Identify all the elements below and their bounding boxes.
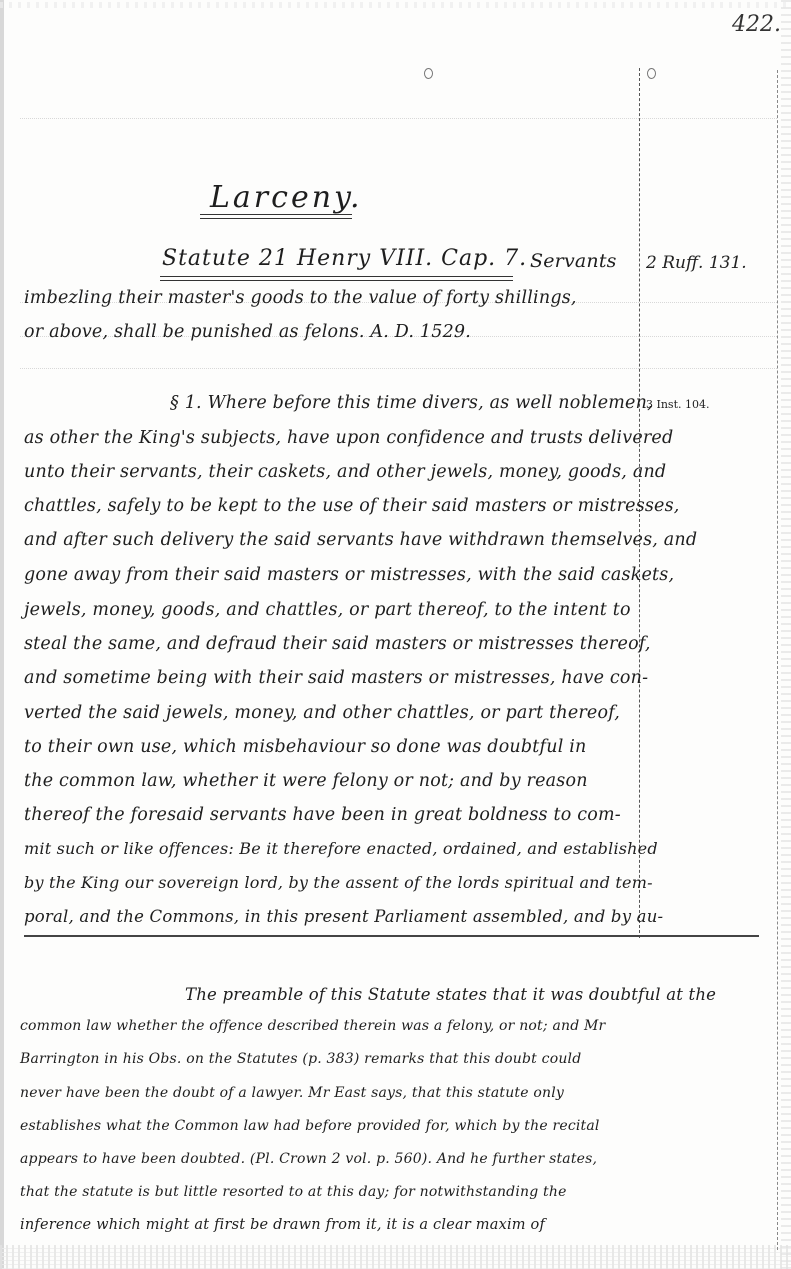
page-number: 422. bbox=[732, 12, 781, 37]
section-line: as other the King's subjects, have upon … bbox=[24, 428, 673, 448]
section-line: verted the said jewels, money, and other… bbox=[24, 703, 620, 723]
scan-top-noise bbox=[0, 2, 791, 8]
commentary-line: appears to have been doubted. (Pl. Crown… bbox=[20, 1151, 597, 1167]
section-line: poral, and the Commons, in this present … bbox=[24, 907, 663, 926]
ruled-line bbox=[20, 368, 777, 369]
manuscript-page: 422. Larceny. Statute 21 Henry VIII. Cap… bbox=[0, 0, 791, 1269]
scan-bottom-noise bbox=[0, 1245, 791, 1269]
section-line: steal the same, and defraud their said m… bbox=[24, 634, 651, 654]
section-line: thereof the foresaid servants have been … bbox=[24, 805, 621, 825]
ruled-line bbox=[20, 118, 777, 119]
punch-hole-mark bbox=[424, 68, 433, 79]
scan-right-edge-noise bbox=[781, 0, 791, 1269]
marginal-note: 2 Ruff. 131. bbox=[646, 253, 747, 273]
statute-summary-line-3: or above, shall be punished as felons. A… bbox=[24, 322, 471, 342]
section-line: to their own use, which misbehaviour so … bbox=[24, 737, 587, 757]
statute-summary-line-2: imbezling their master's goods to the va… bbox=[24, 288, 577, 308]
punch-hole-mark bbox=[647, 68, 656, 79]
statute-summary-line-1: Servants bbox=[530, 250, 617, 272]
section-line: unto their servants, their caskets, and … bbox=[24, 462, 666, 482]
section-line: gone away from their said masters or mis… bbox=[24, 565, 674, 585]
right-margin-rule bbox=[777, 70, 778, 1250]
commentary-line: establishes what the Common law had befo… bbox=[20, 1118, 600, 1134]
section-separator bbox=[24, 935, 759, 937]
statute-heading-underline bbox=[160, 276, 513, 281]
section-line: the common law, whether it were felony o… bbox=[24, 771, 588, 791]
title-underline bbox=[200, 214, 352, 219]
page-title: Larceny. bbox=[210, 180, 363, 215]
commentary-line: inference which might at first be drawn … bbox=[20, 1217, 545, 1233]
commentary-line: Barrington in his Obs. on the Statutes (… bbox=[20, 1051, 581, 1067]
commentary-line: The preamble of this Statute states that… bbox=[185, 985, 716, 1004]
commentary-line: common law whether the offence described… bbox=[20, 1018, 605, 1034]
commentary-line: that the statute is but little resorted … bbox=[20, 1184, 567, 1200]
section-line: and after such delivery the said servant… bbox=[24, 530, 697, 550]
commentary-line: never have been the doubt of a lawyer. M… bbox=[20, 1085, 564, 1101]
section-line: § 1. Where before this time divers, as w… bbox=[170, 393, 653, 413]
section-line: by the King our sovereign lord, by the a… bbox=[24, 873, 653, 892]
section-line: mit such or like offences: Be it therefo… bbox=[24, 839, 658, 858]
section-line: and sometime being with their said maste… bbox=[24, 668, 648, 688]
marginal-note: 3 Inst. 104. bbox=[646, 398, 709, 411]
scan-left-edge bbox=[0, 0, 4, 1269]
statute-heading: Statute 21 Henry VIII. Cap. 7. bbox=[162, 246, 527, 271]
section-line: chattles, safely to be kept to the use o… bbox=[24, 496, 680, 516]
section-line: jewels, money, goods, and chattles, or p… bbox=[24, 600, 631, 620]
